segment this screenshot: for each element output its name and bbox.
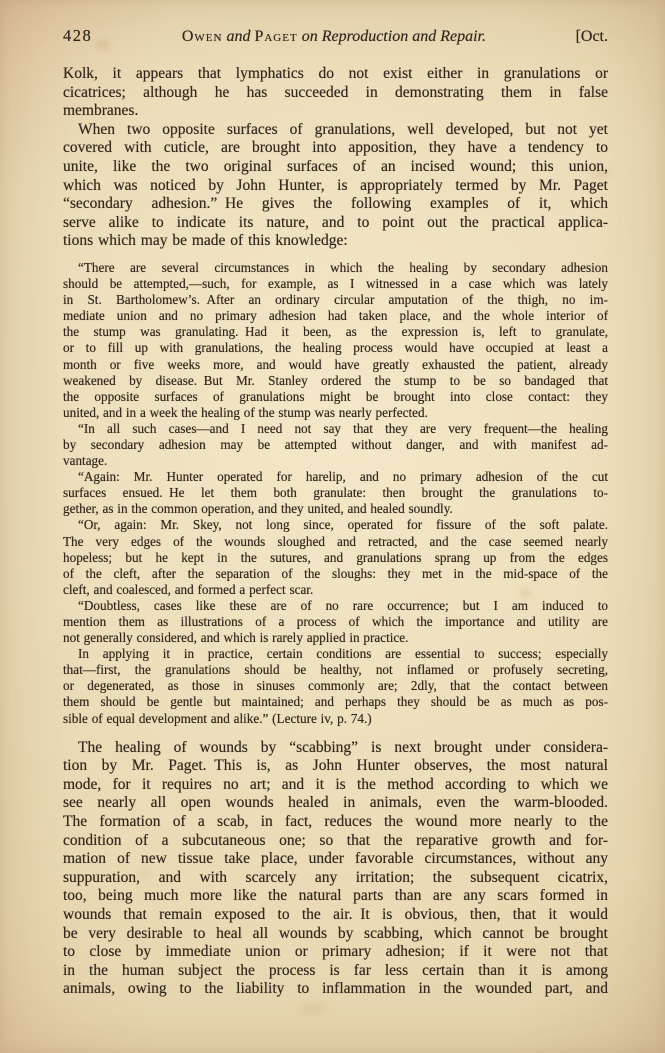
text-line: in St. Bartholomew’s. After an ordinary … [63, 292, 608, 308]
text-line: too, being much more like the natural pa… [63, 887, 608, 906]
text-line: The formation of a scab, in fact, reduce… [63, 813, 608, 832]
text-line: that—first, the granulations should be h… [63, 662, 608, 678]
text-line: them should be gentle but maintained; an… [63, 694, 608, 710]
text-line: animals, owing to the liability to infla… [63, 980, 608, 999]
running-title: Owen and Paget on Reproduction and Repai… [182, 28, 486, 46]
quote-paragraph: In applying it in practice, certain cond… [63, 646, 608, 726]
text-line: The healing of wounds by “scabbing” is n… [63, 739, 608, 758]
text-line: serve alike to indicate its nature, and … [63, 214, 608, 233]
body-paragraph: Kolk, it appears that lymphatics do not … [63, 65, 608, 121]
text-line: weakened by disease. But Mr. Stanley ord… [63, 373, 608, 389]
text-line: the stump was granulating. Had it been, … [63, 324, 608, 340]
text-line: “secondary adhesion.” He gives the follo… [63, 195, 608, 214]
text-line: condition of a subcutaneous one; so that… [63, 832, 608, 851]
running-title-author-paget: Paget [254, 28, 297, 45]
text-line: mode, for it requires no art; and it is … [63, 776, 608, 795]
text-line: by secondary adhesion may be attempted w… [63, 437, 608, 453]
page-number: 428 [63, 26, 92, 46]
text-line: month or five weeks more, and would have… [63, 357, 608, 373]
text-line: hopeless; but he kept in the sutures, an… [63, 550, 608, 566]
text-line: In applying it in practice, certain cond… [63, 646, 608, 662]
quote-paragraph: “In all such cases—and I need not say th… [63, 421, 608, 469]
quote-paragraph: “Doubtless, cases like these are of no r… [63, 598, 608, 646]
running-header: 428 Owen and Paget on Reproduction and R… [63, 26, 608, 46]
text-line: of the cleft, after the separation of th… [63, 566, 608, 582]
text-line: be very desirable to heal all wounds by … [63, 925, 608, 944]
text-line: vantage. [63, 453, 608, 469]
text-line: united, and in a week the healing of the… [63, 405, 608, 421]
text-line: mediate union and no primary adhesion ha… [63, 308, 608, 324]
text-line: “Doubtless, cases like these are of no r… [63, 598, 608, 614]
text-line: or degenerated, as those in sinuses comm… [63, 678, 608, 694]
text-line: should be attempted,—such, for example, … [63, 276, 608, 292]
running-title-conjunction: and [222, 28, 254, 45]
paper-stain [300, 1002, 326, 1014]
text-line: gether, as in the common operation, and … [63, 501, 608, 517]
text-line: tions which may be made of this knowledg… [63, 232, 608, 251]
text-line: sible of equal development and alike.” (… [63, 711, 608, 727]
text-line: to close by immediate union or primary a… [63, 943, 608, 962]
page-sheet: 428 Owen and Paget on Reproduction and R… [63, 26, 608, 999]
text-line: surfaces ensued. He let them both granul… [63, 485, 608, 501]
text-line: “There are several circumstances in whic… [63, 260, 608, 276]
text-line: When two opposite surfaces of granulatio… [63, 121, 608, 140]
text-line: or to fill up with granulations, the hea… [63, 340, 608, 356]
scanned-book-page: 428 Owen and Paget on Reproduction and R… [0, 0, 665, 1053]
body-paragraph: When two opposite surfaces of granulatio… [63, 121, 608, 251]
quote-paragraph: “Or, again: Mr. Skey, not long since, op… [63, 517, 608, 597]
text-line: the opposite surfaces of granulations mi… [63, 389, 608, 405]
text-line: suppuration, and with scarcely any irrit… [63, 869, 608, 888]
issue-month-label: [Oct. [576, 28, 608, 46]
text-line: The very edges of the wounds sloughed an… [63, 534, 608, 550]
text-line: tion by Mr. Paget. This is, as John Hunt… [63, 757, 608, 776]
text-block: Kolk, it appears that lymphatics do not … [63, 65, 608, 999]
body-paragraph: The healing of wounds by “scabbing” is n… [63, 739, 608, 999]
text-line: which was noticed by John Hunter, is app… [63, 177, 608, 196]
text-line: mention them as illustrations of a proce… [63, 614, 608, 630]
running-title-subject: on Reproduction and Repair. [298, 28, 486, 45]
text-line: cleft, and coalesced, and formed a perfe… [63, 582, 608, 598]
text-line: in the human subject the process is far … [63, 962, 608, 981]
text-line: cicatrices; although he has succeeded in… [63, 84, 608, 103]
running-title-author-owen: Owen [182, 28, 223, 45]
text-line: “In all such cases—and I need not say th… [63, 421, 608, 437]
text-line: “Again: Mr. Hunter operated for harelip,… [63, 469, 608, 485]
text-line: Kolk, it appears that lymphatics do not … [63, 65, 608, 84]
quote-paragraph: “There are several circumstances in whic… [63, 260, 608, 421]
text-line: covered with cuticle, are brought into a… [63, 139, 608, 158]
text-line: unite, like the two original surfaces of… [63, 158, 608, 177]
text-line: mation of new tissue take place, under f… [63, 850, 608, 869]
text-line: membranes. [63, 102, 608, 121]
quote-paragraph: “Again: Mr. Hunter operated for harelip,… [63, 469, 608, 517]
text-line: see nearly all open wounds healed in ani… [63, 794, 608, 813]
text-line: not generally considered, and which is r… [63, 630, 608, 646]
text-line: “Or, again: Mr. Skey, not long since, op… [63, 517, 608, 533]
text-line: wounds that remain exposed to the air. I… [63, 906, 608, 925]
